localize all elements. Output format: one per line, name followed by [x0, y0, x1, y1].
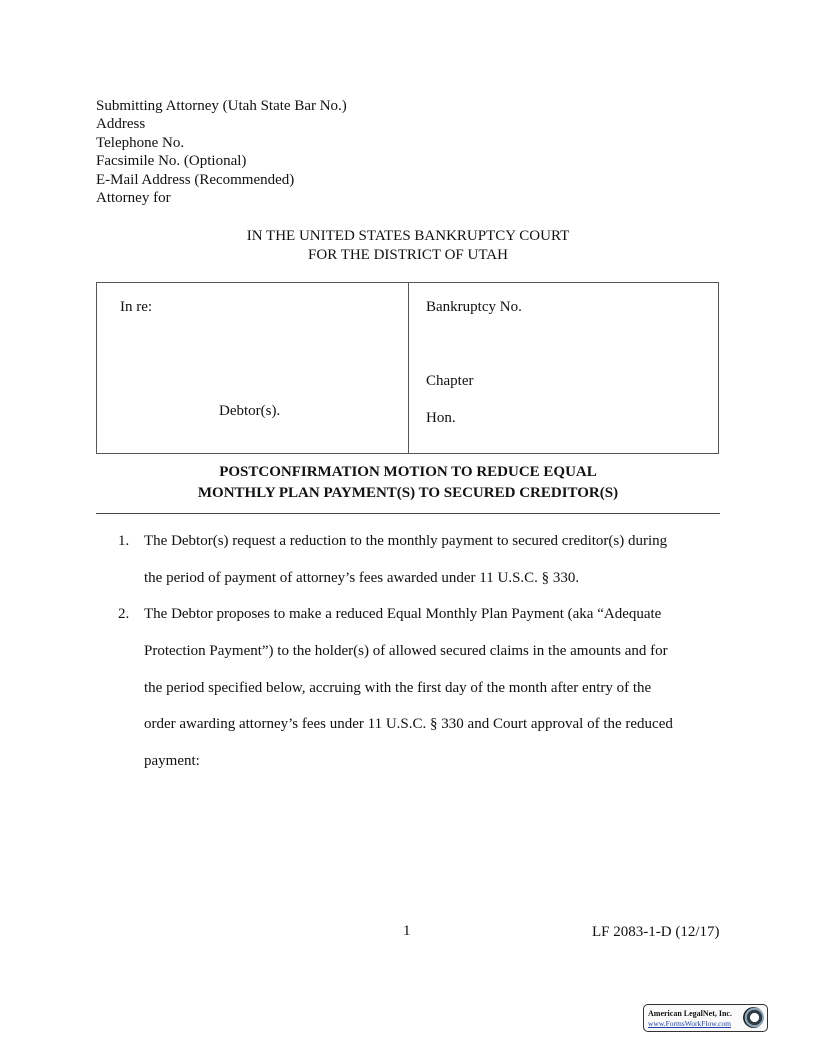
paragraph-line: order awarding attorney’s fees under 11 …: [144, 716, 673, 733]
publisher-name: American LegalNet, Inc.: [648, 1009, 732, 1018]
telephone-line: Telephone No.: [96, 134, 347, 152]
court-name: IN THE UNITED STATES BANKRUPTCY COURT: [0, 227, 816, 246]
court-heading: IN THE UNITED STATES BANKRUPTCY COURT FO…: [0, 227, 816, 264]
bankruptcy-no-label: Bankruptcy No.: [426, 299, 522, 316]
facsimile-line: Facsimile No. (Optional): [96, 152, 347, 170]
email-line: E-Mail Address (Recommended): [96, 171, 347, 189]
paragraph-number: 2.: [118, 606, 129, 623]
document-title: POSTCONFIRMATION MOTION TO REDUCE EQUAL …: [0, 462, 816, 504]
judge-label: Hon.: [426, 410, 456, 427]
paragraph-number: 1.: [118, 533, 129, 550]
address-line: Address: [96, 115, 347, 133]
title-line-1: POSTCONFIRMATION MOTION TO REDUCE EQUAL: [0, 462, 816, 483]
title-rule: [96, 513, 720, 514]
case-caption-box: In re: Debtor(s). Bankruptcy No. Chapter…: [96, 282, 719, 454]
form-identifier: LF 2083-1-D (12/17): [592, 924, 720, 941]
globe-logo-icon: [743, 1007, 764, 1028]
attorney-for-line: Attorney for: [96, 189, 347, 207]
attorney-line: Submitting Attorney (Utah State Bar No.): [96, 97, 347, 115]
paragraph-line: The Debtor(s) request a reduction to the…: [144, 533, 667, 550]
page-number: 1: [403, 923, 411, 940]
paragraph-line: the period specified below, accruing wit…: [144, 680, 651, 697]
caption-divider: [408, 283, 409, 453]
publisher-link[interactable]: www.FormsWorkFlow.com: [648, 1019, 731, 1028]
title-line-2: MONTHLY PLAN PAYMENT(S) TO SECURED CREDI…: [0, 483, 816, 504]
paragraph-line: The Debtor proposes to make a reduced Eq…: [144, 606, 661, 623]
chapter-label: Chapter: [426, 373, 473, 390]
debtors-label: Debtor(s).: [219, 403, 280, 420]
paragraph-line: payment:: [144, 753, 200, 770]
publisher-badge[interactable]: American LegalNet, Inc. www.FormsWorkFlo…: [643, 1004, 768, 1032]
paragraph-line: the period of payment of attorney’s fees…: [144, 570, 579, 587]
paragraph-line: Protection Payment”) to the holder(s) of…: [144, 643, 668, 660]
in-re-label: In re:: [120, 299, 152, 316]
court-district: FOR THE DISTRICT OF UTAH: [0, 246, 816, 265]
attorney-info-block: Submitting Attorney (Utah State Bar No.)…: [96, 97, 347, 207]
